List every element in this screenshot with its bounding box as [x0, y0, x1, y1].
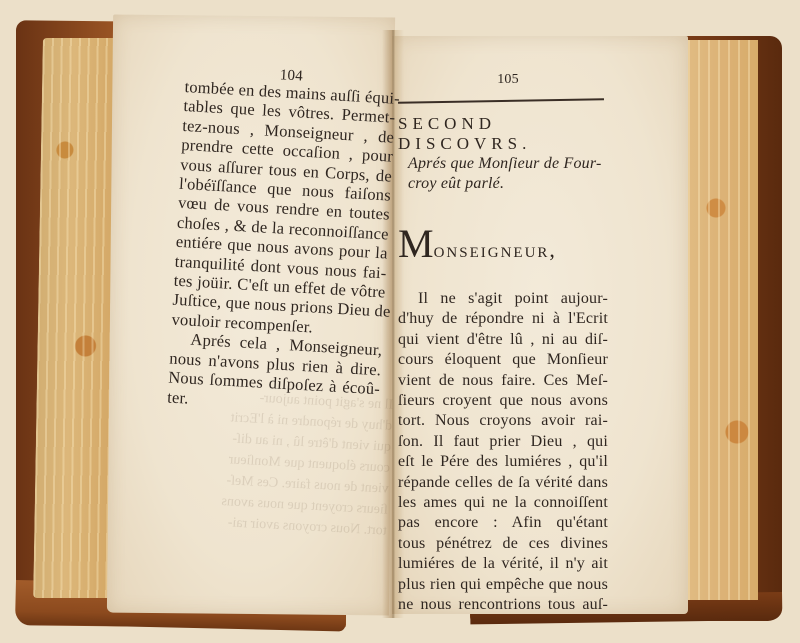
section-heading: Second Discovrs.: [398, 114, 608, 154]
text-line: qui vient d'être lû , ni au diſ-: [398, 330, 608, 350]
right-page-text: 105 Second Discovrs. Aprés que Monſieur …: [398, 72, 608, 616]
right-page-stack-edge: [688, 40, 758, 600]
text-line: ne nous rencontrions tous auſ-: [398, 595, 608, 615]
left-page-text: 104 tombée en des mains auſſi équi- tabl…: [167, 62, 398, 418]
subheading-line: Aprés que Monſieur de Four-: [408, 154, 608, 174]
salutation: Monseigneur,: [398, 220, 608, 267]
body-text: Il ne s'agit point aujour- d'huy de répo…: [398, 289, 608, 616]
text-line: pas encore : Afin qu'étant: [398, 513, 608, 533]
subheading-line: croy eût parlé.: [408, 174, 608, 194]
salutation-rest: onseigneur,: [434, 237, 557, 262]
text-line: tort. Nous croyons avoir rai-: [398, 411, 608, 431]
text-line: répande celles de ſa vérité dans: [398, 473, 608, 493]
text-line: ſieurs croyent que nous avons: [398, 391, 608, 411]
text-line: les ames qui ne la connoiſſent: [398, 493, 608, 513]
text-line: cours éloquent que Monſieur: [398, 350, 608, 370]
text-line: tous pénétrez de ces divines: [398, 534, 608, 554]
text-line: lumiéres de la vérité, il n'y ait: [398, 554, 608, 574]
text-line: plus rien qui empêche que nous: [398, 575, 608, 595]
text-line: eſt le Pére des lumiéres , qu'il: [398, 452, 608, 472]
open-book-photo: Il ne s'agit point aujour- d'huy de répo…: [0, 0, 800, 643]
text-line: vient de nous faire. Ces Meſ-: [398, 371, 608, 391]
salutation-initial: M: [398, 221, 434, 266]
text-line: ſon. Il faut prier Dieu , qui: [398, 432, 608, 452]
text-line: Il ne s'agit point aujour-: [398, 289, 608, 309]
header-rule: [398, 98, 604, 104]
page-number-right: 105: [408, 72, 608, 88]
section-subheading: Aprés que Monſieur de Four- croy eût par…: [398, 154, 608, 194]
text-line: d'huy de répondre ni à l'Ecrit: [398, 309, 608, 329]
